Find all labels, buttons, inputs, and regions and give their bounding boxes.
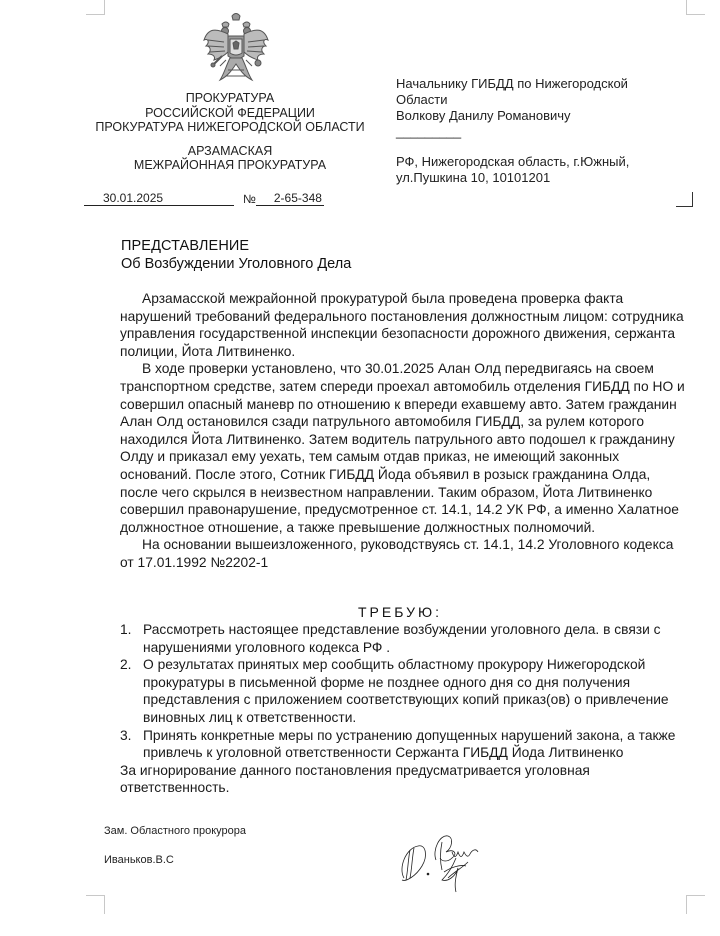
demand-number: 1. <box>120 621 143 656</box>
address-line: РФ, Нижегородская область, г.Южный, <box>396 154 696 170</box>
sub-org-line: МЕЖРАЙОННАЯ ПРОКУРАТУРА <box>80 158 380 173</box>
issuing-organization: ПРОКУРАТУРА РОССИЙСКОЙ ФЕДЕРАЦИИ ПРОКУРА… <box>80 91 380 173</box>
document-heading: ПРЕДСТАВЛЕНИЕ Об Возбуждении Уголовного … <box>121 237 351 273</box>
body-paragraph: В ходе проверки установлено, что 30.01.2… <box>120 360 690 536</box>
handwritten-signature-icon <box>396 828 506 898</box>
sub-organization: АРЗАМАСКАЯ МЕЖРАЙОННАЯ ПРОКУРАТУРА <box>80 144 380 173</box>
demand-list: 1. Рассмотреть настоящее представление в… <box>120 621 690 797</box>
addressee-block: Начальнику ГИБДД по Нижегородской Област… <box>396 76 696 186</box>
page-corner-mark <box>686 0 705 15</box>
demand-heading: ТРЕБУЮ: <box>0 604 720 620</box>
demand-item: 2. О результатах принятых мер сообщить о… <box>120 656 690 726</box>
closing-statement: За игнорирование данного постановления п… <box>120 762 690 797</box>
body-paragraph: На основании вышеизложенного, руководств… <box>120 536 690 571</box>
sub-org-line: АРЗАМАСКАЯ <box>80 144 380 159</box>
document-subtitle: Об Возбуждении Уголовного Дела <box>121 255 351 273</box>
document-number: 2-65-348 <box>256 191 324 206</box>
number-label: № <box>243 192 256 206</box>
demand-item: 1. Рассмотреть настоящее представление в… <box>120 621 690 656</box>
demand-text: О результатах принятых мер сообщить обла… <box>143 656 690 726</box>
org-line: ПРОКУРАТУРА НИЖЕГОРОДСКОЙ ОБЛАСТИ <box>80 120 380 135</box>
document-reference: 30.01.2025 № 2-65-348 <box>84 191 324 206</box>
demand-number: 2. <box>120 656 143 726</box>
russian-coat-of-arms-icon <box>200 10 272 86</box>
document-date: 30.01.2025 <box>84 191 234 206</box>
signer-name: Иваньков.В.С <box>104 854 174 866</box>
body-paragraph: Арзамасской межрайонной прокуратурой был… <box>120 290 690 360</box>
address-corner-mark <box>676 192 693 207</box>
page-corner-mark <box>686 895 705 914</box>
org-line: РОССИЙСКОЙ ФЕДЕРАЦИИ <box>80 106 380 121</box>
addressee-line: Волкову Данилу Романовичу <box>396 108 696 124</box>
demand-item: 3. Принять конкретные меры по устранению… <box>120 727 690 762</box>
addressee-blank-line: _________ <box>396 124 696 140</box>
demand-text: Рассмотреть настоящее представление возб… <box>143 621 690 656</box>
addressee-line: Области <box>396 92 696 108</box>
page-corner-mark <box>86 895 105 914</box>
demand-text: Принять конкретные меры по устранению до… <box>143 727 690 762</box>
addressee-line: Начальнику ГИБДД по Нижегородской <box>396 76 696 92</box>
document-body: Арзамасской межрайонной прокуратурой был… <box>120 290 690 572</box>
page-corner-mark <box>86 0 105 15</box>
demand-number: 3. <box>120 727 143 762</box>
org-line: ПРОКУРАТУРА <box>80 91 380 106</box>
address-line: ул.Пушкина 10, 10101201 <box>396 170 696 186</box>
document-title: ПРЕДСТАВЛЕНИЕ <box>121 237 351 255</box>
signer-position: Зам. Областного прокурора <box>104 825 246 837</box>
